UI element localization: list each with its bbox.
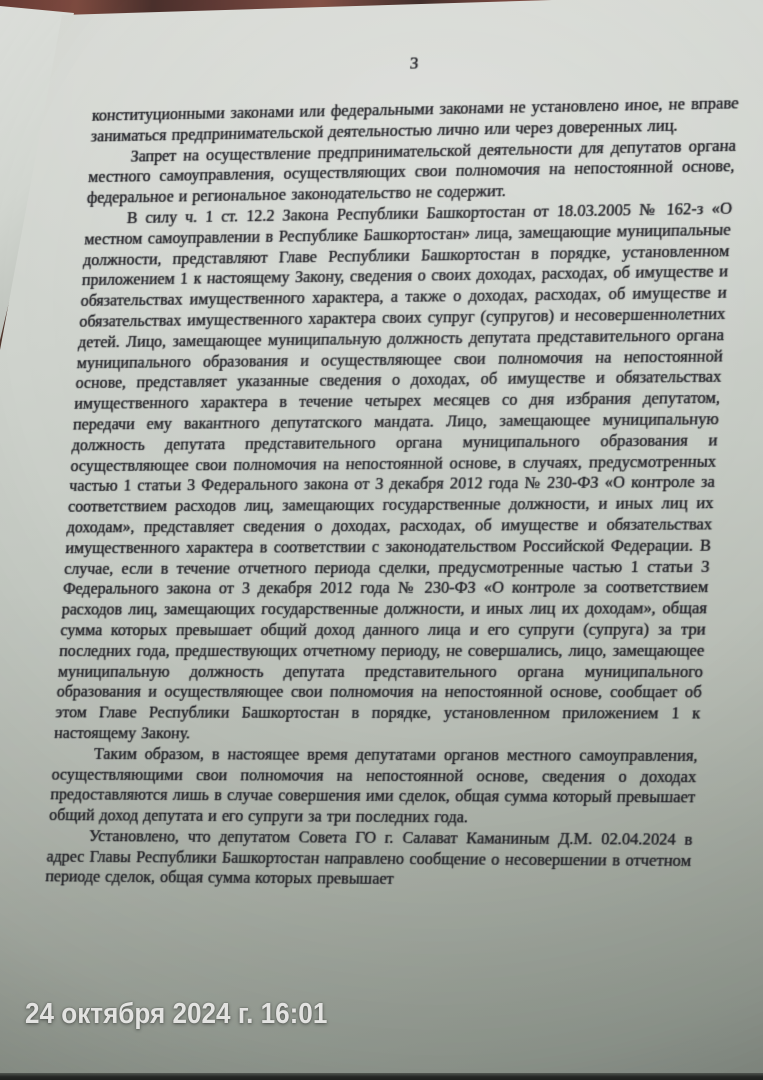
- photo-bottom-edge: [0, 1073, 763, 1080]
- paragraph-deputy-kamanin: Установлено, что депутатом Совета ГО г. …: [45, 826, 693, 893]
- paragraph-conclusion: Таким образом, в настоящее время депутат…: [49, 744, 699, 830]
- page-number: 3: [94, 47, 742, 81]
- page-text-block: 3 конституционными законами или федераль…: [45, 0, 746, 893]
- photo-frame: 3 конституционными законами или федераль…: [0, 0, 763, 1080]
- camera-timestamp-overlay: 24 октября 2024 г. 16:01: [25, 998, 327, 1031]
- paragraph-business-ban: Запрет на осуществление предпринимательс…: [86, 135, 736, 209]
- paragraph-bashkortostan-law: В силу ч. 1 ст. 12.2 Закона Республики Б…: [54, 198, 733, 745]
- document-page: 3 конституционными законами или федераль…: [0, 0, 763, 1080]
